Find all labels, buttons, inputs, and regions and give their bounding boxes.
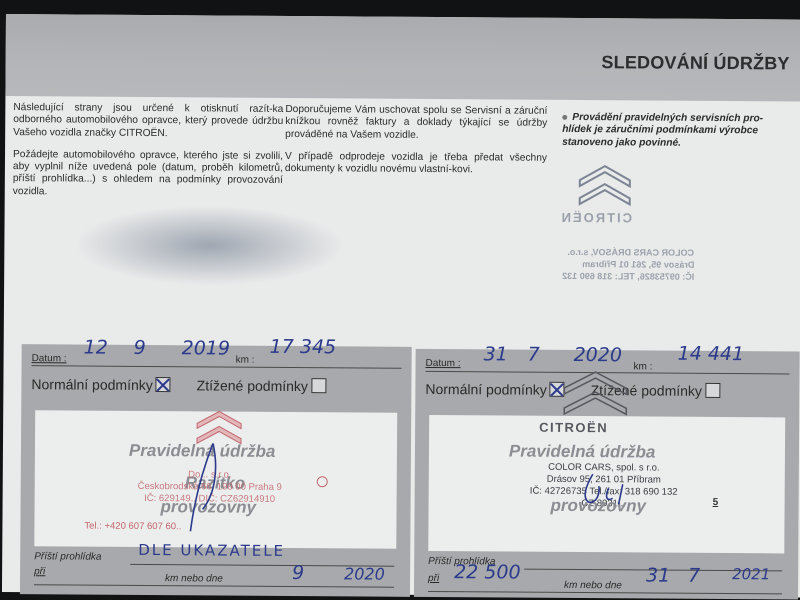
date-month: 7 [528, 344, 540, 366]
page-title: SLEDOVÁNÍ ÚDRŽBY [601, 52, 789, 74]
km-line [34, 584, 394, 588]
stamp-brand: CITROËN [539, 422, 608, 434]
km-line [428, 591, 782, 594]
next-inspection-note: DLE UKAZATELE [138, 541, 285, 560]
normal-conditions-checkbox[interactable] [156, 377, 171, 392]
km-or-date-label: km nebo dne [564, 580, 622, 591]
intro-paragraph: Následující strany jsou určené k otisknu… [13, 102, 283, 141]
background-brand-stamp: CITROËN [560, 210, 633, 226]
date-label: Datum : [32, 353, 67, 364]
date-label: Datum : [426, 358, 461, 369]
harsh-conditions-checkbox[interactable] [311, 378, 326, 393]
stamp-title: Pravidelná údržba [509, 442, 656, 463]
at-label: při [428, 573, 439, 584]
mileage-value: 14 441 [678, 343, 745, 365]
dealer-phone: Tel.: +420 607 607 60.. [84, 521, 181, 534]
warranty-note: Provádění pravidelných servisních pro-hl… [562, 112, 763, 148]
next-km: 22 500 [454, 561, 521, 583]
mileage-value: 17 345 [270, 336, 337, 358]
intro-paragraph: V případě odprodeje vozidla je třeba pře… [285, 151, 547, 177]
bullet-icon [562, 115, 567, 120]
signature [579, 468, 639, 508]
ink-smudge [74, 204, 345, 286]
stamp-area: Pravidelná údržba Razítko provozovny Do.… [34, 410, 397, 549]
next-year: 2020 [344, 564, 385, 583]
next-year: 2021 [732, 565, 770, 583]
date-year: 2020 [574, 344, 623, 366]
next-month: 7 [688, 565, 700, 587]
intro-column-2: Doporučujeme Vám uschovat spolu se Servi… [285, 104, 548, 187]
date-month: 9 [134, 337, 146, 359]
page-number: 5 [713, 497, 719, 508]
date-day: 12 [84, 337, 108, 359]
normal-conditions-label: Normální podmínky [31, 376, 152, 393]
citroen-logo-icon [575, 158, 635, 208]
registered-mark-icon [317, 476, 328, 487]
citroen-logo-icon [560, 364, 630, 416]
next-inspection-label: Příští prohlídka [34, 551, 101, 562]
date-day: 31 [484, 343, 508, 365]
harsh-conditions-checkbox[interactable] [705, 383, 720, 398]
next-day: 31 [646, 564, 670, 586]
harsh-conditions-label: Ztížené podmínky [197, 377, 308, 394]
next-month: 9 [292, 562, 304, 584]
maintenance-page: SLEDOVÁNÍ ÚDRŽBY Následující strany jsou… [2, 14, 800, 598]
service-record-1: Datum : 12 9 2019 km : 17 345 Normální p… [20, 344, 412, 597]
intro-column-3: Provádění pravidelných servisních pro-hl… [562, 112, 792, 150]
intro-paragraph: Požádejte automobilového opravce, kteréh… [13, 149, 283, 200]
at-label: při [34, 566, 45, 577]
km-or-date-label: km nebo dne [165, 573, 223, 584]
date-year: 2019 [182, 337, 231, 359]
intro-paragraph: Doporučujeme Vám uschovat spolu se Servi… [285, 104, 547, 143]
header-band: SLEDOVÁNÍ ÚDRŽBY [5, 14, 800, 102]
service-record-2: Datum : 31 7 2020 km : 14 441 Normální p… [414, 349, 800, 600]
normal-conditions-label: Normální podmínky [425, 381, 546, 398]
signature [184, 439, 225, 534]
background-dealer-stamp: COLOR CARS DRÁSOV, s.r.o. Drásov 95, 261… [514, 246, 694, 283]
intro-column-1: Následující strany jsou určené k otisknu… [13, 102, 284, 210]
stamp-area: CITROËN Pravidelná údržba COLOR CARS, sp… [428, 415, 785, 553]
